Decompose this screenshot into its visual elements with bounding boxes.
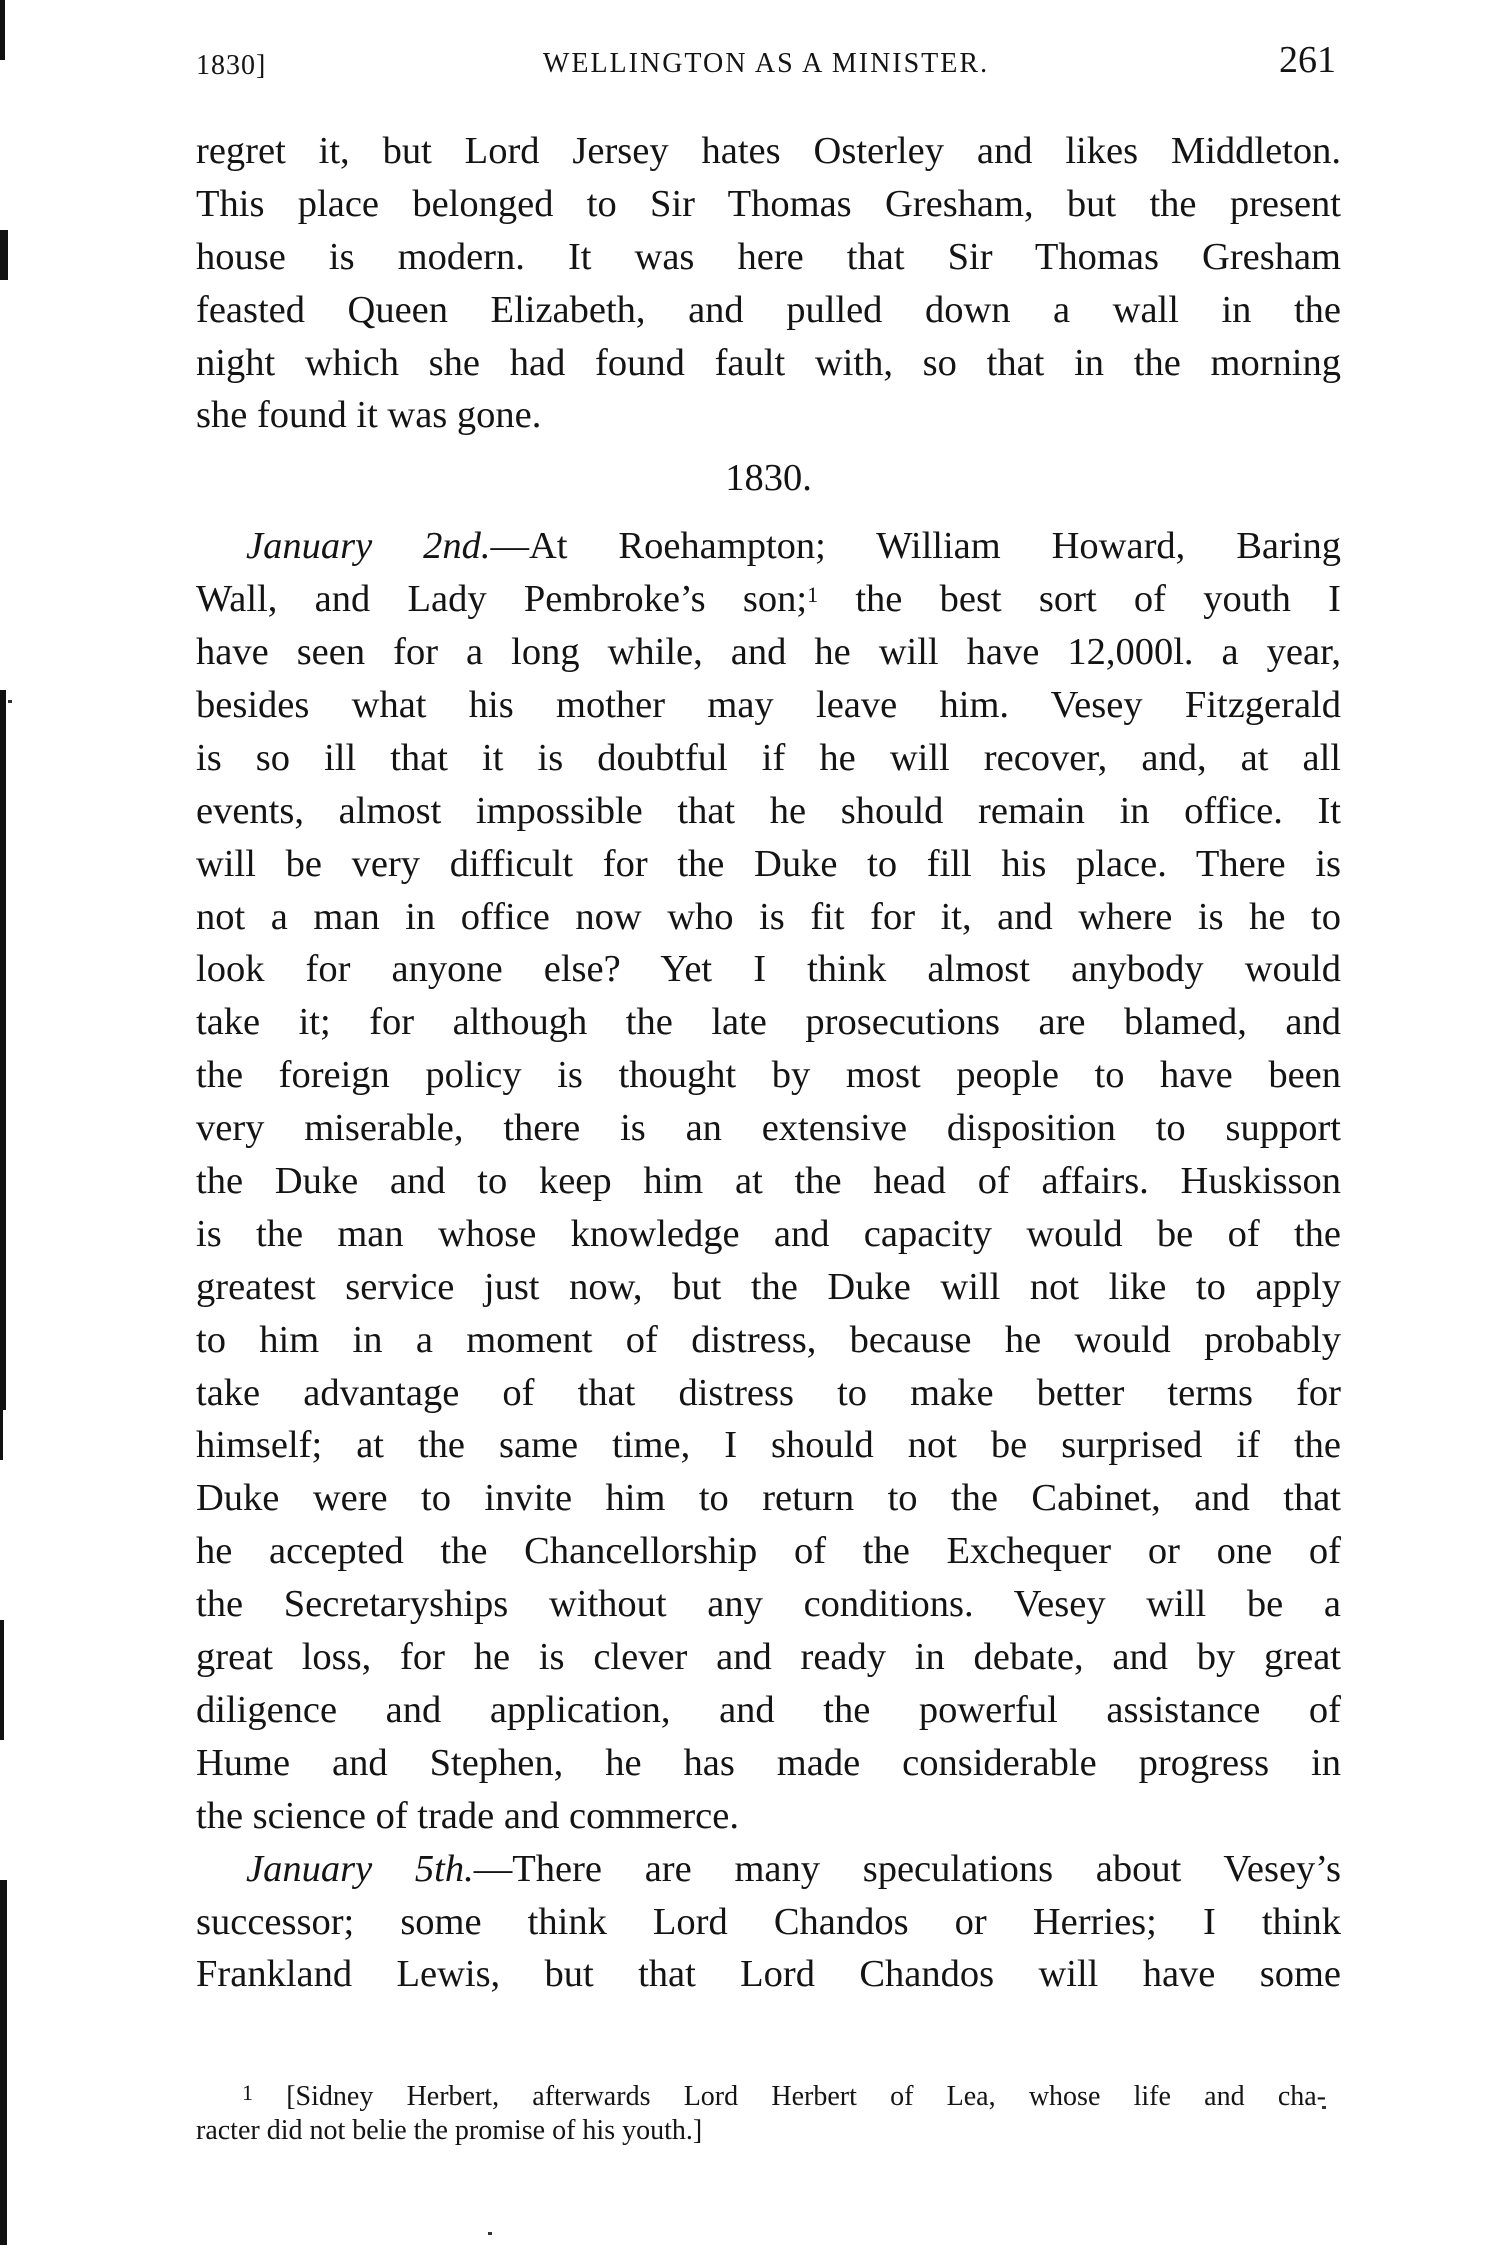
text-line: feasted Queen Elizabeth, and pulled down… xyxy=(196,284,1341,337)
print-speck xyxy=(1322,2106,1326,2109)
page-binding-edge xyxy=(0,0,14,2245)
print-speck xyxy=(8,700,12,703)
text-line: look for anyone else? Yet I think almost… xyxy=(196,943,1341,996)
text-line: is so ill that it is doubtful if he will… xyxy=(196,732,1341,785)
text-line: she found it was gone. xyxy=(196,389,1341,442)
text-line: Hume and Stephen, he has made considerab… xyxy=(196,1737,1341,1790)
text-line: Duke were to invite him to return to the… xyxy=(196,1472,1341,1525)
text-line: have seen for a long while, and he will … xyxy=(196,626,1341,679)
text-line: very miserable, there is an extensive di… xyxy=(196,1102,1341,1155)
text-line: the science of trade and commerce. xyxy=(196,1790,1341,1843)
text-line: greatest service just now, but the Duke … xyxy=(196,1261,1341,1314)
diary-entry-january-5: January 5th.—There are many speculations… xyxy=(196,1843,1341,2002)
text-line: take it; for although the late prosecuti… xyxy=(196,996,1341,1049)
text-line: night which she had found fault with, so… xyxy=(196,337,1341,390)
text-line: regret it, but Lord Jersey hates Osterle… xyxy=(196,125,1341,178)
text-line: the foreign policy is thought by most pe… xyxy=(196,1049,1341,1102)
text-line: successor; some think Lord Chandos or He… xyxy=(196,1896,1341,1949)
text-line: great loss, for he is clever and ready i… xyxy=(196,1631,1341,1684)
year-heading: 1830. xyxy=(196,448,1341,508)
text-line: events, almost impossible that he should… xyxy=(196,785,1341,838)
text-line: is the man whose knowledge and capacity … xyxy=(196,1208,1341,1261)
text-line: Frankland Lewis, but that Lord Chandos w… xyxy=(196,1948,1341,2001)
footnote-marker: 1 xyxy=(242,2080,253,2105)
text-line: the Duke and to keep him at the head of … xyxy=(196,1155,1341,1208)
text-line: take advantage of that distress to make … xyxy=(196,1367,1341,1420)
entry-first-line: January 5th.—There are many speculations… xyxy=(196,1843,1341,1896)
text-line: the Secretaryships without any condition… xyxy=(196,1578,1341,1631)
footnote-line: 1 [Sidney Herbert, afterwards Lord Herbe… xyxy=(196,2080,1326,2114)
text-line: Wall, and Lady Pembroke’s son;1 the best… xyxy=(196,573,1341,626)
entry-first-line: January 2nd.—At Roehampton; William Howa… xyxy=(196,520,1341,573)
print-speck xyxy=(488,2232,492,2235)
text-line: himself; at the same time, I should not … xyxy=(196,1419,1341,1472)
text-line: diligence and application, and the power… xyxy=(196,1684,1341,1737)
running-title: WELLINGTON AS A MINISTER. xyxy=(196,48,1336,80)
text-line: This place belonged to Sir Thomas Gresha… xyxy=(196,178,1341,231)
diary-entry-january-2: January 2nd.—At Roehampton; William Howa… xyxy=(196,520,1341,1842)
text-line: will be very difficult for the Duke to f… xyxy=(196,838,1341,891)
text-line: to him in a moment of distress, because … xyxy=(196,1314,1341,1367)
text-line: besides what his mother may leave him. V… xyxy=(196,679,1341,732)
page-body: regret it, but Lord Jersey hates Osterle… xyxy=(196,125,1341,2001)
text-line: not a man in office now who is fit for i… xyxy=(196,891,1341,944)
page-number: 261 xyxy=(1279,38,1336,82)
entry-date: January 5th. xyxy=(246,1848,474,1890)
continued-paragraph: regret it, but Lord Jersey hates Osterle… xyxy=(196,125,1341,442)
footnote-reference[interactable]: 1 xyxy=(807,582,818,607)
entry-date: January 2nd. xyxy=(246,525,490,567)
footnote: 1 [Sidney Herbert, afterwards Lord Herbe… xyxy=(196,2080,1326,2148)
footnote-line: racter did not belie the promise of his … xyxy=(196,2114,1326,2148)
running-header: 1830] WELLINGTON AS A MINISTER. 261 xyxy=(196,38,1336,88)
text-line: he accepted the Chancellorship of the Ex… xyxy=(196,1525,1341,1578)
text-line: house is modern. It was here that Sir Th… xyxy=(196,231,1341,284)
